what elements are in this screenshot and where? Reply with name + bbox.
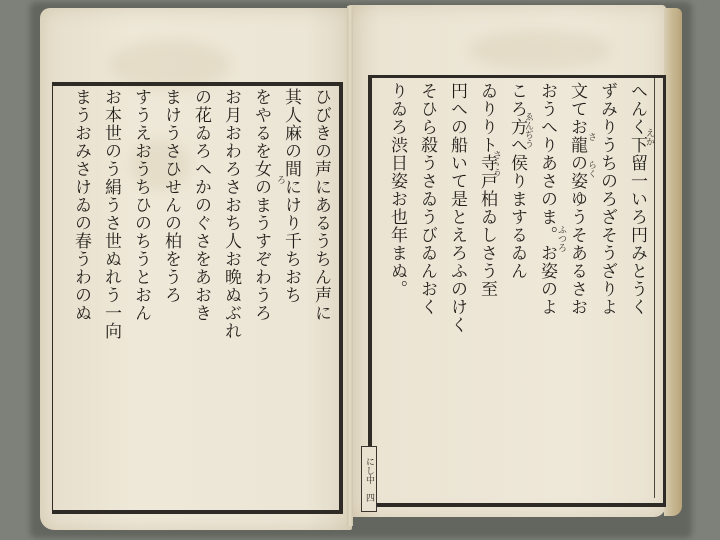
text-column: お月おわろさおち人お晩ぬぶれ: [216, 88, 246, 502]
text-column: ゐりりト寺戸柏ゐしさう至: [472, 82, 502, 496]
text-column: すうえおうちひのちうとおん: [126, 88, 156, 502]
text-column: りゐろ渋日姿お也年まぬ。: [382, 82, 412, 496]
text-column: 其人麻の間にけり千ちおち: [276, 88, 306, 502]
left-page-text: ひびきの声にあるうちん声に 其人麻の間にけり千ちおち をやるを女のまうすぞわうろ…: [60, 88, 336, 502]
text-column: そひら殺うさゐうびゐんおく: [412, 82, 442, 496]
ruby-annotation: ゑんぢう: [522, 112, 535, 148]
text-column: の花ゐろへかのぐさをあおき: [186, 88, 216, 502]
ruby-annotation: らく: [585, 160, 598, 178]
ruby-annotation: ふつろ: [555, 225, 568, 252]
ruby-annotation: さゝう: [490, 150, 503, 177]
page-number-label: にし中 四: [361, 446, 377, 512]
right-page-text: へんく下留一いろ円みとうく ずみりうちのろざそうざりよ 文てお龍の姿ゆうそあるさ…: [376, 82, 652, 496]
text-column: まうおみさけゐの春うわのぬ: [66, 88, 96, 502]
ruby-annotation: えか: [643, 128, 656, 146]
text-column: ずみりうちのろざそうざりよ: [592, 82, 622, 496]
book-gutter: [347, 6, 353, 526]
ruby-annotation: さ: [585, 132, 598, 141]
text-column: お本世のう絹うさ世ぬれう一向: [96, 88, 126, 502]
text-column: まけうさひせんの柏をうろ: [156, 88, 186, 502]
text-column: 文てお龍の姿ゆうそあるさお: [562, 82, 592, 496]
paper-stain: [470, 30, 610, 70]
text-column: おうへりあさのま。お姿のよ: [532, 82, 562, 496]
text-column: をやるを女のまうすぞわうろ: [246, 88, 276, 502]
text-column: 円への船いて是とえろふのけく: [442, 82, 472, 496]
text-column: ひびきの声にあるうちん声に: [306, 88, 336, 502]
fore-edge: [664, 8, 682, 516]
ruby-annotation: ろ: [274, 175, 287, 184]
